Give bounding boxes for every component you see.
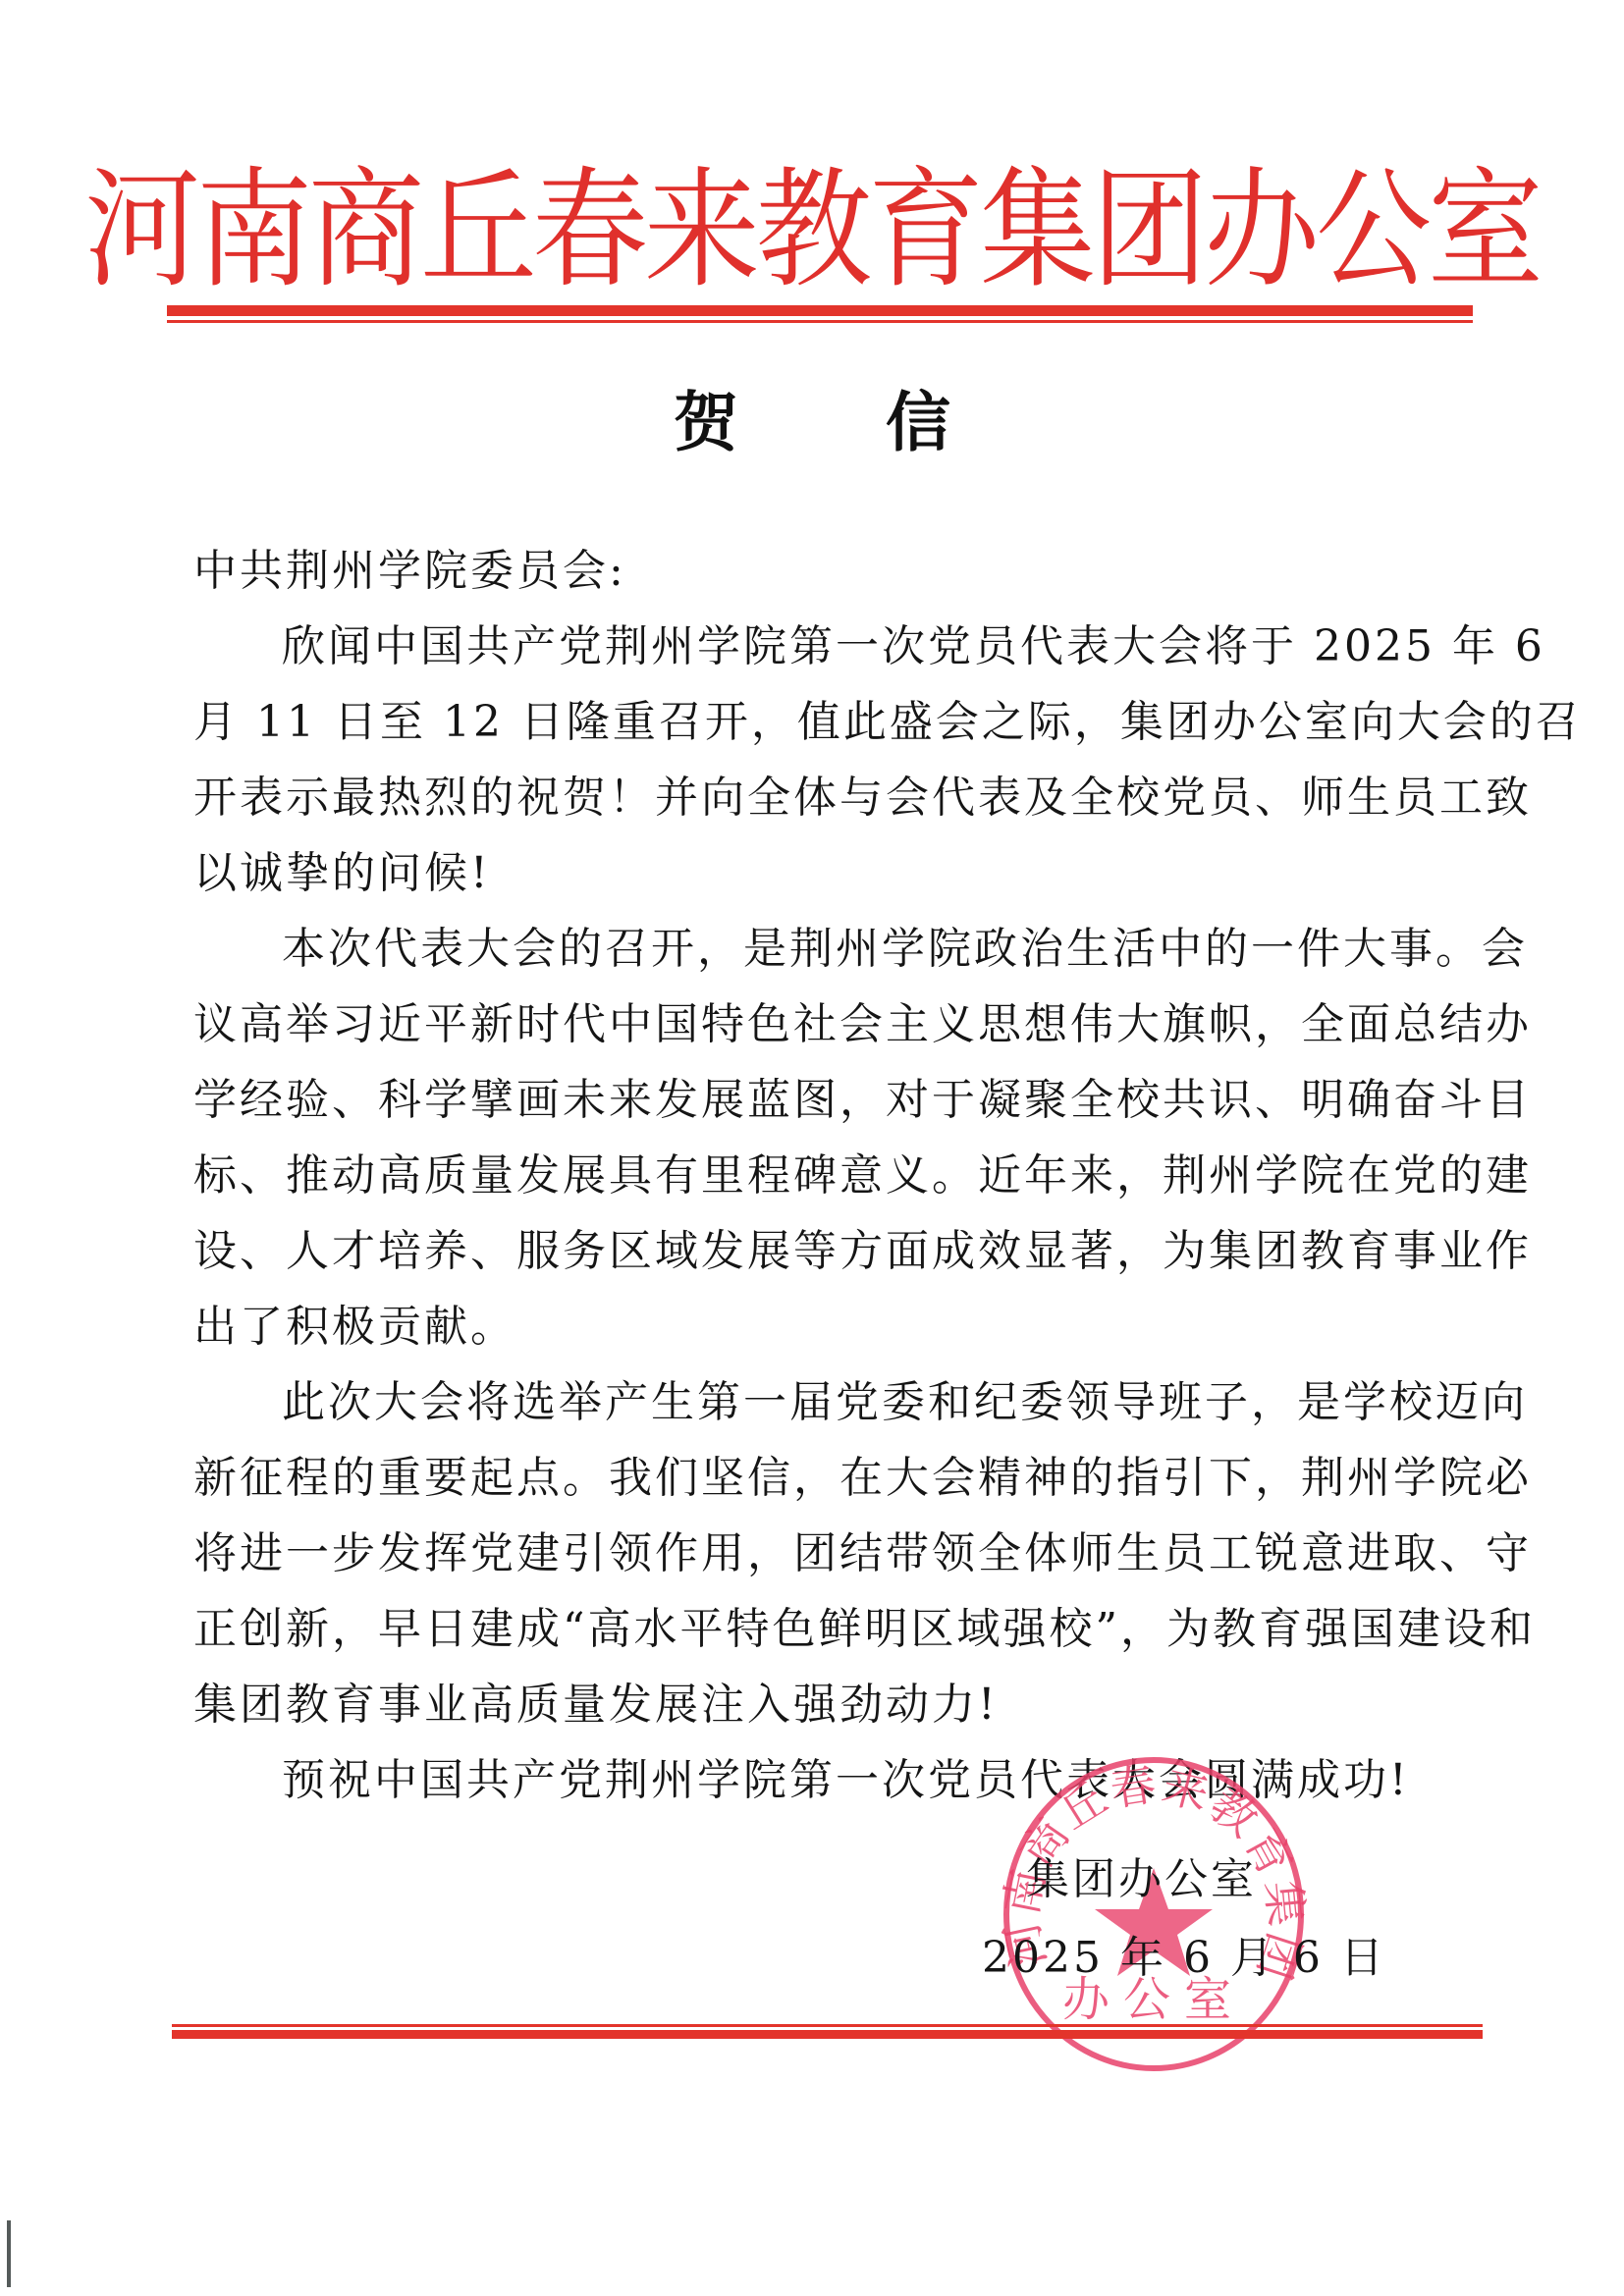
paragraph-line: 将进一步发挥党建引领作用，团结带领全体师生员工锐意进取、守	[193, 1524, 1465, 1583]
letterhead-title: 河南商丘春来教育集团办公室	[0, 147, 1624, 312]
paragraph-line: 此次大会将选举产生第一届党委和纪委领导班子，是学校迈向	[282, 1373, 1465, 1432]
document-title: 贺信	[0, 383, 1624, 461]
paragraph-line: 正创新，早日建成“高水平特色鲜明区域强校”，为教育强国建设和	[193, 1600, 1465, 1659]
paragraph-line: 本次代表大会的召开，是荆州学院政治生活中的一件大事。会	[282, 920, 1465, 979]
paragraph-line: 月 11 日至 12 日隆重召开，值此盛会之际，集团办公室向大会的召	[193, 693, 1465, 752]
paragraph-line: 新征程的重要起点。我们坚信，在大会精神的指引下，荆州学院必	[193, 1449, 1465, 1508]
salutation: 中共荆州学院委员会:	[193, 542, 1470, 601]
signature-date: 2025 年 6 月 6 日	[982, 1929, 1386, 1988]
footer-rule-thin	[172, 2024, 1483, 2027]
paragraph-line: 设、人才培养、服务区域发展等方面成效显著，为集团教育事业作	[193, 1222, 1465, 1281]
letterhead-rule-thin	[167, 320, 1473, 323]
footer-rule-thick	[172, 2030, 1483, 2039]
letterhead-rule-thick	[167, 305, 1473, 316]
signature-sender: 集团办公室	[1026, 1850, 1257, 1909]
paragraph-line: 标、推动高质量发展具有里程碑意义。近年来，荆州学院在党的建	[193, 1147, 1465, 1205]
paragraph-line: 出了积极贡献。	[193, 1298, 1470, 1357]
paragraph-line: 学经验、科学擘画未来发展蓝图，对于凝聚全校共识、明确奋斗目	[193, 1071, 1465, 1130]
paragraph-line: 集团教育事业高质量发展注入强劲动力!	[193, 1676, 1470, 1735]
official-seal: 河南商丘春来教育集团 办公室	[997, 1752, 1311, 2076]
paragraph-line: 预祝中国共产党荆州学院第一次党员代表大会圆满成功!	[282, 1751, 1558, 1810]
paragraph-line: 开表示最热烈的祝贺！并向全体与会代表及全校党员、师生员工致	[193, 769, 1465, 828]
scan-margin-mark	[7, 2220, 11, 2287]
paragraph-line: 欣闻中国共产党荆州学院第一次党员代表大会将于 2025 年 6	[282, 617, 1465, 676]
paragraph-line: 以诚挚的问候!	[193, 844, 1470, 903]
paragraph-line: 议高举习近平新时代中国特色社会主义思想伟大旗帜，全面总结办	[193, 995, 1465, 1054]
